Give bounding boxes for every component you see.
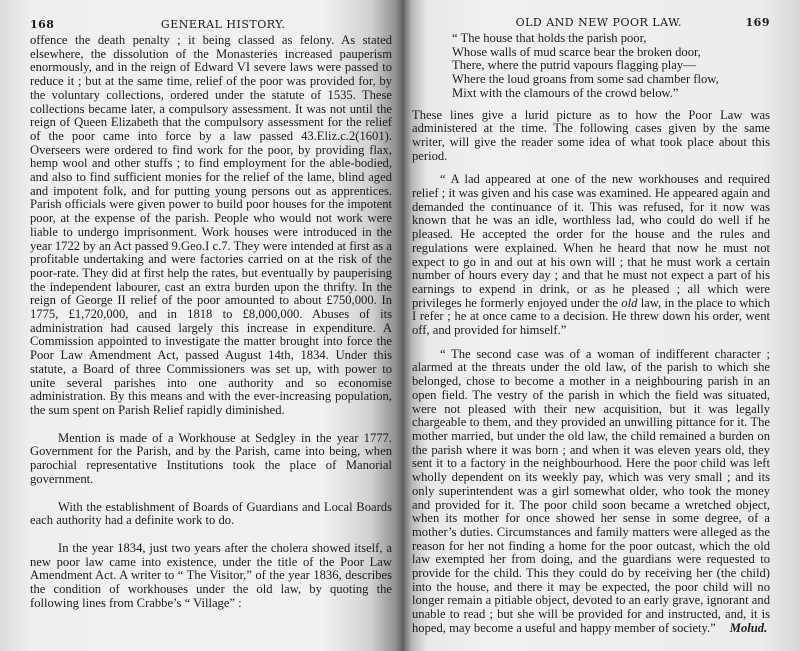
right-paragraph-woman-case: “ The second case was of a woman of indi… — [412, 348, 770, 636]
italic-word: old — [621, 296, 637, 310]
author-signature: Molud. — [730, 621, 767, 635]
right-paragraph-lad-case: “ A lad appeared at one of the new workh… — [412, 173, 770, 337]
left-paragraph-sedgley: Mention is made of a Workhouse at Sedgle… — [30, 432, 392, 487]
left-page-number: 168 — [30, 18, 54, 31]
left-paragraph-1: offence the death penalty ; it being cla… — [30, 34, 392, 418]
left-page: 168 GENERAL HISTORY. offence the death p… — [0, 0, 404, 651]
left-paragraph-boards: With the establishment of Boards of Guar… — [30, 501, 392, 528]
verse-line: “ The house that holds the parish poor, — [452, 32, 770, 46]
verse-line: Where the loud groans from some sad cham… — [452, 73, 770, 87]
book-spread: 168 GENERAL HISTORY. offence the death p… — [0, 0, 800, 651]
right-running-head: OLD AND NEW POOR LAW. 169 — [412, 16, 770, 29]
left-paragraph-1834: In the year 1834, just two years after t… — [30, 542, 392, 611]
verse-line: Mixt with the clamours of the crowd belo… — [452, 87, 770, 101]
left-running-title: GENERAL HISTORY. — [54, 18, 392, 31]
left-running-head: 168 GENERAL HISTORY. — [30, 18, 392, 31]
verse-quotation: “ The house that holds the parish poor, … — [412, 32, 770, 101]
right-page: OLD AND NEW POOR LAW. 169 “ The house th… — [404, 0, 800, 651]
right-paragraph-intro: These lines give a lurid picture as to h… — [412, 109, 770, 164]
verse-line: Whose walls of mud scarce bear the broke… — [452, 46, 770, 60]
right-running-title: OLD AND NEW POOR LAW. — [412, 16, 746, 29]
verse-line: There, where the putrid vapours flagging… — [452, 59, 770, 73]
right-page-number: 169 — [746, 16, 770, 29]
